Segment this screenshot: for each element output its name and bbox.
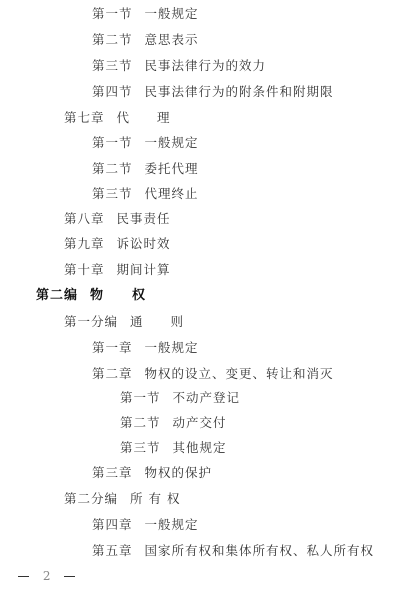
toc-entry-number: 第一章: [92, 340, 133, 356]
toc-entry-sub: 第一分编通 则: [64, 314, 184, 330]
toc-entry-title: 通 则: [130, 314, 184, 330]
toc-entry-number: 第十章: [64, 262, 105, 278]
toc-entry-title: 期间计算: [117, 262, 171, 278]
toc-entry-number: 第九章: [64, 236, 105, 252]
toc-entry-title: 物权的保护: [145, 465, 213, 481]
toc-entry-sec: 第三节其他规定: [120, 440, 227, 456]
toc-entry-number: 第八章: [64, 211, 105, 227]
page-number: 2: [43, 568, 51, 584]
toc-entry-sec-top: 第一节一般规定: [92, 6, 199, 22]
toc-entry-ch: 第二章物权的设立、变更、转让和消灭: [92, 366, 334, 382]
toc-entry-number: 第五章: [92, 543, 133, 559]
toc-entry-sec-top: 第三节代理终止: [92, 186, 199, 202]
toc-entry-number: 第三节: [92, 58, 133, 74]
toc-entry-title: 一般规定: [145, 6, 199, 22]
toc-entry-number: 第二节: [92, 161, 133, 177]
toc-entry-number: 第四节: [92, 84, 133, 100]
toc-entry-sec-top: 第二节委托代理: [92, 161, 199, 177]
toc-entry-sub: 第九章诉讼时效: [64, 236, 171, 252]
toc-entry-title: 一般规定: [145, 517, 199, 533]
toc-entry-number: 第三章: [92, 465, 133, 481]
toc-entry-title: 物权的设立、变更、转让和消灭: [145, 366, 334, 382]
toc-entry-title: 委托代理: [145, 161, 199, 177]
page-footer: 2: [18, 568, 75, 584]
toc-entry-sec-top: 第一节一般规定: [92, 135, 199, 151]
footer-dash-right: [64, 576, 75, 577]
toc-entry-title: 民事法律行为的附条件和附期限: [145, 84, 334, 100]
toc-entry-number: 第一节: [92, 135, 133, 151]
toc-entry-part: 第二编物 权: [36, 288, 146, 304]
toc-entry-number: 第一节: [120, 390, 161, 406]
toc-entry-ch: 第五章国家所有权和集体所有权、私人所有权: [92, 543, 374, 559]
toc-entry-number: 第二分编: [64, 491, 118, 507]
toc-entry-number: 第三节: [120, 440, 161, 456]
toc-entry-title: 物 权: [90, 288, 146, 304]
toc-entry-sub: 第二分编所 有 权: [64, 491, 180, 507]
toc-entry-ch: 第四章一般规定: [92, 517, 199, 533]
toc-entry-title: 其他规定: [173, 440, 227, 456]
footer-dash-left: [18, 576, 29, 577]
toc-entry-number: 第四章: [92, 517, 133, 533]
toc-entry-title: 民事法律行为的效力: [145, 58, 267, 74]
toc-entry-title: 所 有 权: [130, 491, 180, 507]
toc-entry-title: 代理终止: [145, 186, 199, 202]
toc-entry-title: 代 理: [117, 110, 171, 126]
toc-entry-ch: 第一章一般规定: [92, 340, 199, 356]
toc-entry-sec: 第一节不动产登记: [120, 390, 240, 406]
toc-entry-sub: 第八章民事责任: [64, 211, 171, 227]
toc-entry-number: 第一分编: [64, 314, 118, 330]
toc-entry-number: 第二章: [92, 366, 133, 382]
toc-entry-title: 诉讼时效: [117, 236, 171, 252]
toc-entry-sec-top: 第四节民事法律行为的附条件和附期限: [92, 84, 334, 100]
toc-entry-ch: 第三章物权的保护: [92, 465, 212, 481]
toc-entry-title: 不动产登记: [173, 390, 241, 406]
toc-entry-sub: 第七章代 理: [64, 110, 171, 126]
toc-entry-number: 第三节: [92, 186, 133, 202]
toc-entry-title: 一般规定: [145, 340, 199, 356]
toc-entry-title: 民事责任: [117, 211, 171, 227]
toc-entry-number: 第二编: [36, 288, 78, 304]
toc-entry-number: 第七章: [64, 110, 105, 126]
toc-entry-number: 第二节: [120, 415, 161, 431]
toc-entry-sec: 第二节动产交付: [120, 415, 227, 431]
toc-entry-sec-top: 第三节民事法律行为的效力: [92, 58, 266, 74]
toc-entry-title: 一般规定: [145, 135, 199, 151]
toc-entry-number: 第二节: [92, 32, 133, 48]
toc-entry-sub: 第十章期间计算: [64, 262, 171, 278]
toc-entry-title: 国家所有权和集体所有权、私人所有权: [145, 543, 375, 559]
toc-entry-sec-top: 第二节意思表示: [92, 32, 199, 48]
toc-entry-number: 第一节: [92, 6, 133, 22]
toc-entry-title: 动产交付: [173, 415, 227, 431]
toc-entry-title: 意思表示: [145, 32, 199, 48]
